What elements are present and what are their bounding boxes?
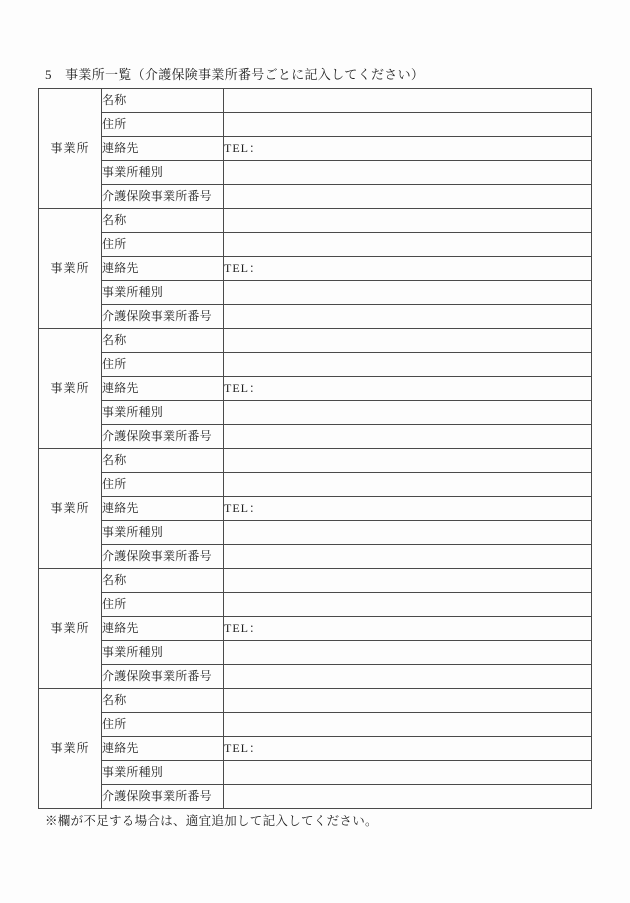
field-label-address: 住所	[102, 713, 224, 737]
field-value-insurance-number	[224, 665, 592, 689]
field-label-contact: 連絡先	[102, 377, 224, 401]
office-group-label: 事業所	[39, 89, 102, 209]
office-group-label: 事業所	[39, 449, 102, 569]
field-value-insurance-number	[224, 425, 592, 449]
field-value-contact: TEL：	[224, 737, 592, 761]
field-value-contact: TEL：	[224, 137, 592, 161]
document-page: 5 事業所一覧（介護保険事業所番号ごとに記入してください） 事業所名称住所連絡先…	[0, 0, 630, 903]
field-value-office-type	[224, 641, 592, 665]
office-block-6-row-address: 住所	[39, 713, 592, 737]
field-label-name: 名称	[102, 449, 224, 473]
field-label-name: 名称	[102, 569, 224, 593]
field-value-name	[224, 569, 592, 593]
field-value-office-type	[224, 761, 592, 785]
office-block-5-row-office-type: 事業所種別	[39, 641, 592, 665]
field-label-office-type: 事業所種別	[102, 161, 224, 185]
office-block-1-row-name: 事業所名称	[39, 89, 592, 113]
field-value-address	[224, 113, 592, 137]
field-label-name: 名称	[102, 89, 224, 113]
office-block-3-row-address: 住所	[39, 353, 592, 377]
field-label-contact: 連絡先	[102, 737, 224, 761]
section-title: 5 事業所一覧（介護保険事業所番号ごとに記入してください）	[45, 64, 424, 83]
office-table-body: 事業所名称住所連絡先TEL：事業所種別介護保険事業所番号事業所名称住所連絡先TE…	[39, 89, 592, 809]
office-block-4-row-address: 住所	[39, 473, 592, 497]
office-block-2-row-insurance-number: 介護保険事業所番号	[39, 305, 592, 329]
field-label-name: 名称	[102, 209, 224, 233]
field-label-address: 住所	[102, 353, 224, 377]
field-value-contact: TEL：	[224, 497, 592, 521]
office-block-1-row-contact: 連絡先TEL：	[39, 137, 592, 161]
office-block-1-row-office-type: 事業所種別	[39, 161, 592, 185]
field-label-insurance-number: 介護保険事業所番号	[102, 785, 224, 809]
field-value-address	[224, 713, 592, 737]
field-label-address: 住所	[102, 593, 224, 617]
field-value-office-type	[224, 401, 592, 425]
field-value-name	[224, 449, 592, 473]
field-value-address	[224, 353, 592, 377]
office-block-2-row-contact: 連絡先TEL：	[39, 257, 592, 281]
office-block-1-row-insurance-number: 介護保険事業所番号	[39, 185, 592, 209]
field-value-contact: TEL：	[224, 257, 592, 281]
field-value-name	[224, 329, 592, 353]
field-value-contact: TEL：	[224, 617, 592, 641]
office-group-label: 事業所	[39, 689, 102, 809]
office-block-4-row-name: 事業所名称	[39, 449, 592, 473]
field-label-contact: 連絡先	[102, 617, 224, 641]
field-label-office-type: 事業所種別	[102, 641, 224, 665]
office-block-5-row-insurance-number: 介護保険事業所番号	[39, 665, 592, 689]
field-label-name: 名称	[102, 329, 224, 353]
office-group-label: 事業所	[39, 329, 102, 449]
field-label-address: 住所	[102, 233, 224, 257]
office-block-3-row-name: 事業所名称	[39, 329, 592, 353]
field-label-address: 住所	[102, 473, 224, 497]
field-value-name	[224, 89, 592, 113]
office-block-3-row-contact: 連絡先TEL：	[39, 377, 592, 401]
footnote: ※欄が不足する場合は、適宜追加して記入してください。	[45, 811, 378, 829]
field-label-office-type: 事業所種別	[102, 521, 224, 545]
office-block-1-row-address: 住所	[39, 113, 592, 137]
office-block-6-row-contact: 連絡先TEL：	[39, 737, 592, 761]
field-value-address	[224, 473, 592, 497]
field-label-insurance-number: 介護保険事業所番号	[102, 425, 224, 449]
office-block-3-row-office-type: 事業所種別	[39, 401, 592, 425]
field-label-insurance-number: 介護保険事業所番号	[102, 545, 224, 569]
office-block-6-row-insurance-number: 介護保険事業所番号	[39, 785, 592, 809]
field-value-name	[224, 209, 592, 233]
field-value-contact: TEL：	[224, 377, 592, 401]
field-label-address: 住所	[102, 113, 224, 137]
field-value-insurance-number	[224, 785, 592, 809]
office-block-6-row-office-type: 事業所種別	[39, 761, 592, 785]
field-value-insurance-number	[224, 545, 592, 569]
office-block-5-row-contact: 連絡先TEL：	[39, 617, 592, 641]
field-label-office-type: 事業所種別	[102, 761, 224, 785]
office-block-4-row-contact: 連絡先TEL：	[39, 497, 592, 521]
field-label-office-type: 事業所種別	[102, 281, 224, 305]
field-value-address	[224, 233, 592, 257]
field-value-address	[224, 593, 592, 617]
office-group-label: 事業所	[39, 209, 102, 329]
office-block-3-row-insurance-number: 介護保険事業所番号	[39, 425, 592, 449]
field-label-insurance-number: 介護保険事業所番号	[102, 305, 224, 329]
office-block-2-row-name: 事業所名称	[39, 209, 592, 233]
field-label-name: 名称	[102, 689, 224, 713]
field-label-insurance-number: 介護保険事業所番号	[102, 665, 224, 689]
field-label-contact: 連絡先	[102, 497, 224, 521]
office-block-2-row-office-type: 事業所種別	[39, 281, 592, 305]
field-value-office-type	[224, 521, 592, 545]
field-value-insurance-number	[224, 185, 592, 209]
field-label-contact: 連絡先	[102, 257, 224, 281]
field-label-office-type: 事業所種別	[102, 401, 224, 425]
field-label-insurance-number: 介護保険事業所番号	[102, 185, 224, 209]
field-value-office-type	[224, 161, 592, 185]
field-label-contact: 連絡先	[102, 137, 224, 161]
field-value-office-type	[224, 281, 592, 305]
office-group-label: 事業所	[39, 569, 102, 689]
office-block-5-row-address: 住所	[39, 593, 592, 617]
office-block-5-row-name: 事業所名称	[39, 569, 592, 593]
field-value-insurance-number	[224, 305, 592, 329]
office-block-6-row-name: 事業所名称	[39, 689, 592, 713]
office-list-table: 事業所名称住所連絡先TEL：事業所種別介護保険事業所番号事業所名称住所連絡先TE…	[38, 88, 592, 809]
office-block-4-row-office-type: 事業所種別	[39, 521, 592, 545]
field-value-name	[224, 689, 592, 713]
office-block-2-row-address: 住所	[39, 233, 592, 257]
office-block-4-row-insurance-number: 介護保険事業所番号	[39, 545, 592, 569]
